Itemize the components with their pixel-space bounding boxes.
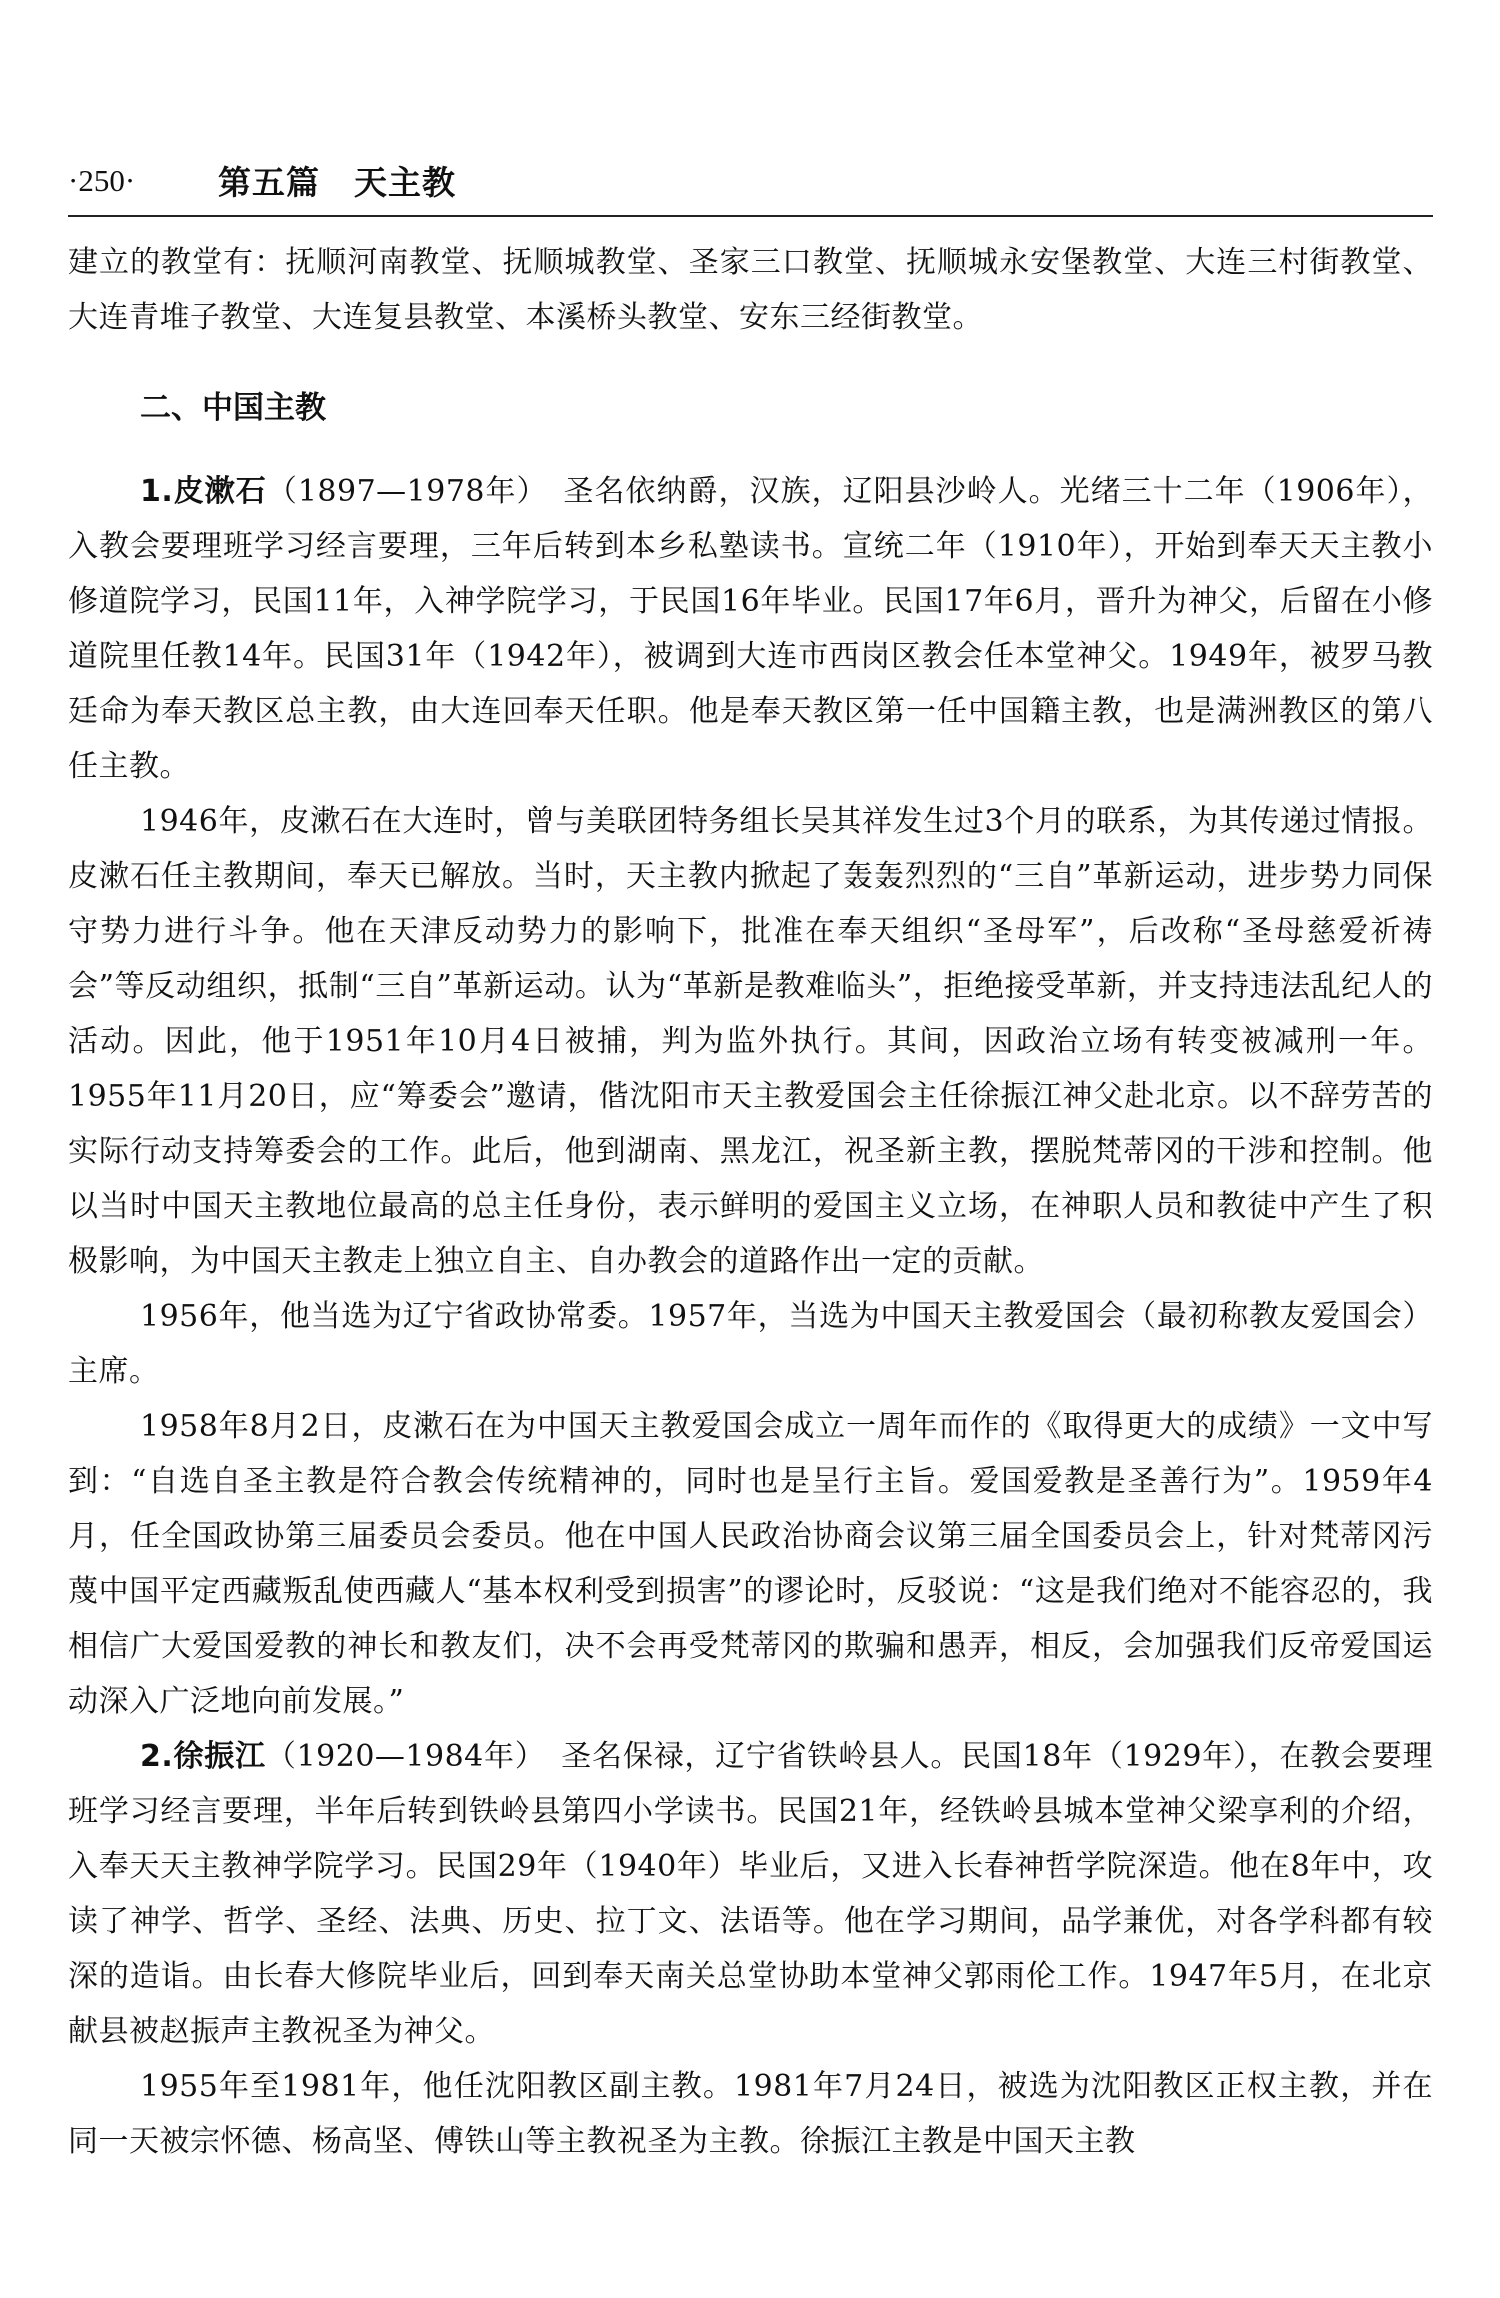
page-number: ·250· bbox=[68, 163, 135, 199]
entry-dates: （1920—1984年） bbox=[266, 1739, 531, 1774]
paragraph: 1946年，皮漱石在大连时，曾与美联团特务组长吴其祥发生过3个月的联系，为其传递… bbox=[68, 794, 1433, 1289]
entry-dates: （1897—1978年） bbox=[267, 474, 533, 509]
entry-number: 1. bbox=[140, 474, 173, 509]
paragraph: 1956年，他当选为辽宁省政协常委。1957年，当选为中国天主教爱国会（最初称教… bbox=[68, 1289, 1433, 1399]
entry-paragraph: 2.徐振江（1920—1984年） 圣名保禄，辽宁省铁岭县人。民国18年（192… bbox=[68, 1729, 1433, 2059]
running-header: ·250· 第五篇 天主教 bbox=[68, 155, 1433, 217]
entry-number: 2. bbox=[140, 1739, 173, 1774]
entry-text: 圣名保禄，辽宁省铁岭县人。民国18年（1929年），在教会要理班学习经言要理，半… bbox=[68, 1739, 1433, 2049]
entry-name: 徐振江 bbox=[173, 1739, 266, 1774]
entry-paragraph: 1.皮漱石（1897—1978年） 圣名依纳爵，汉族，辽阳县沙岭人。光绪三十二年… bbox=[68, 464, 1433, 794]
section-heading: 二、中国主教 bbox=[140, 381, 1433, 436]
paragraph: 建立的教堂有：抚顺河南教堂、抚顺城教堂、圣家三口教堂、抚顺城永安堡教堂、大连三村… bbox=[68, 235, 1433, 345]
paragraph: 1955年至1981年，他任沈阳教区副主教。1981年7月24日，被选为沈阳教区… bbox=[68, 2059, 1433, 2169]
entry-text: 圣名依纳爵，汉族，辽阳县沙岭人。光绪三十二年（1906年），入教会要理班学习经言… bbox=[68, 474, 1433, 784]
page-body: 建立的教堂有：抚顺河南教堂、抚顺城教堂、圣家三口教堂、抚顺城永安堡教堂、大连三村… bbox=[68, 235, 1433, 2169]
paragraph: 1958年8月2日，皮漱石在为中国天主教爱国会成立一周年而作的《取得更大的成绩》… bbox=[68, 1399, 1433, 1729]
chapter-title: 第五篇 天主教 bbox=[218, 157, 456, 204]
entry-name: 皮漱石 bbox=[173, 474, 267, 509]
